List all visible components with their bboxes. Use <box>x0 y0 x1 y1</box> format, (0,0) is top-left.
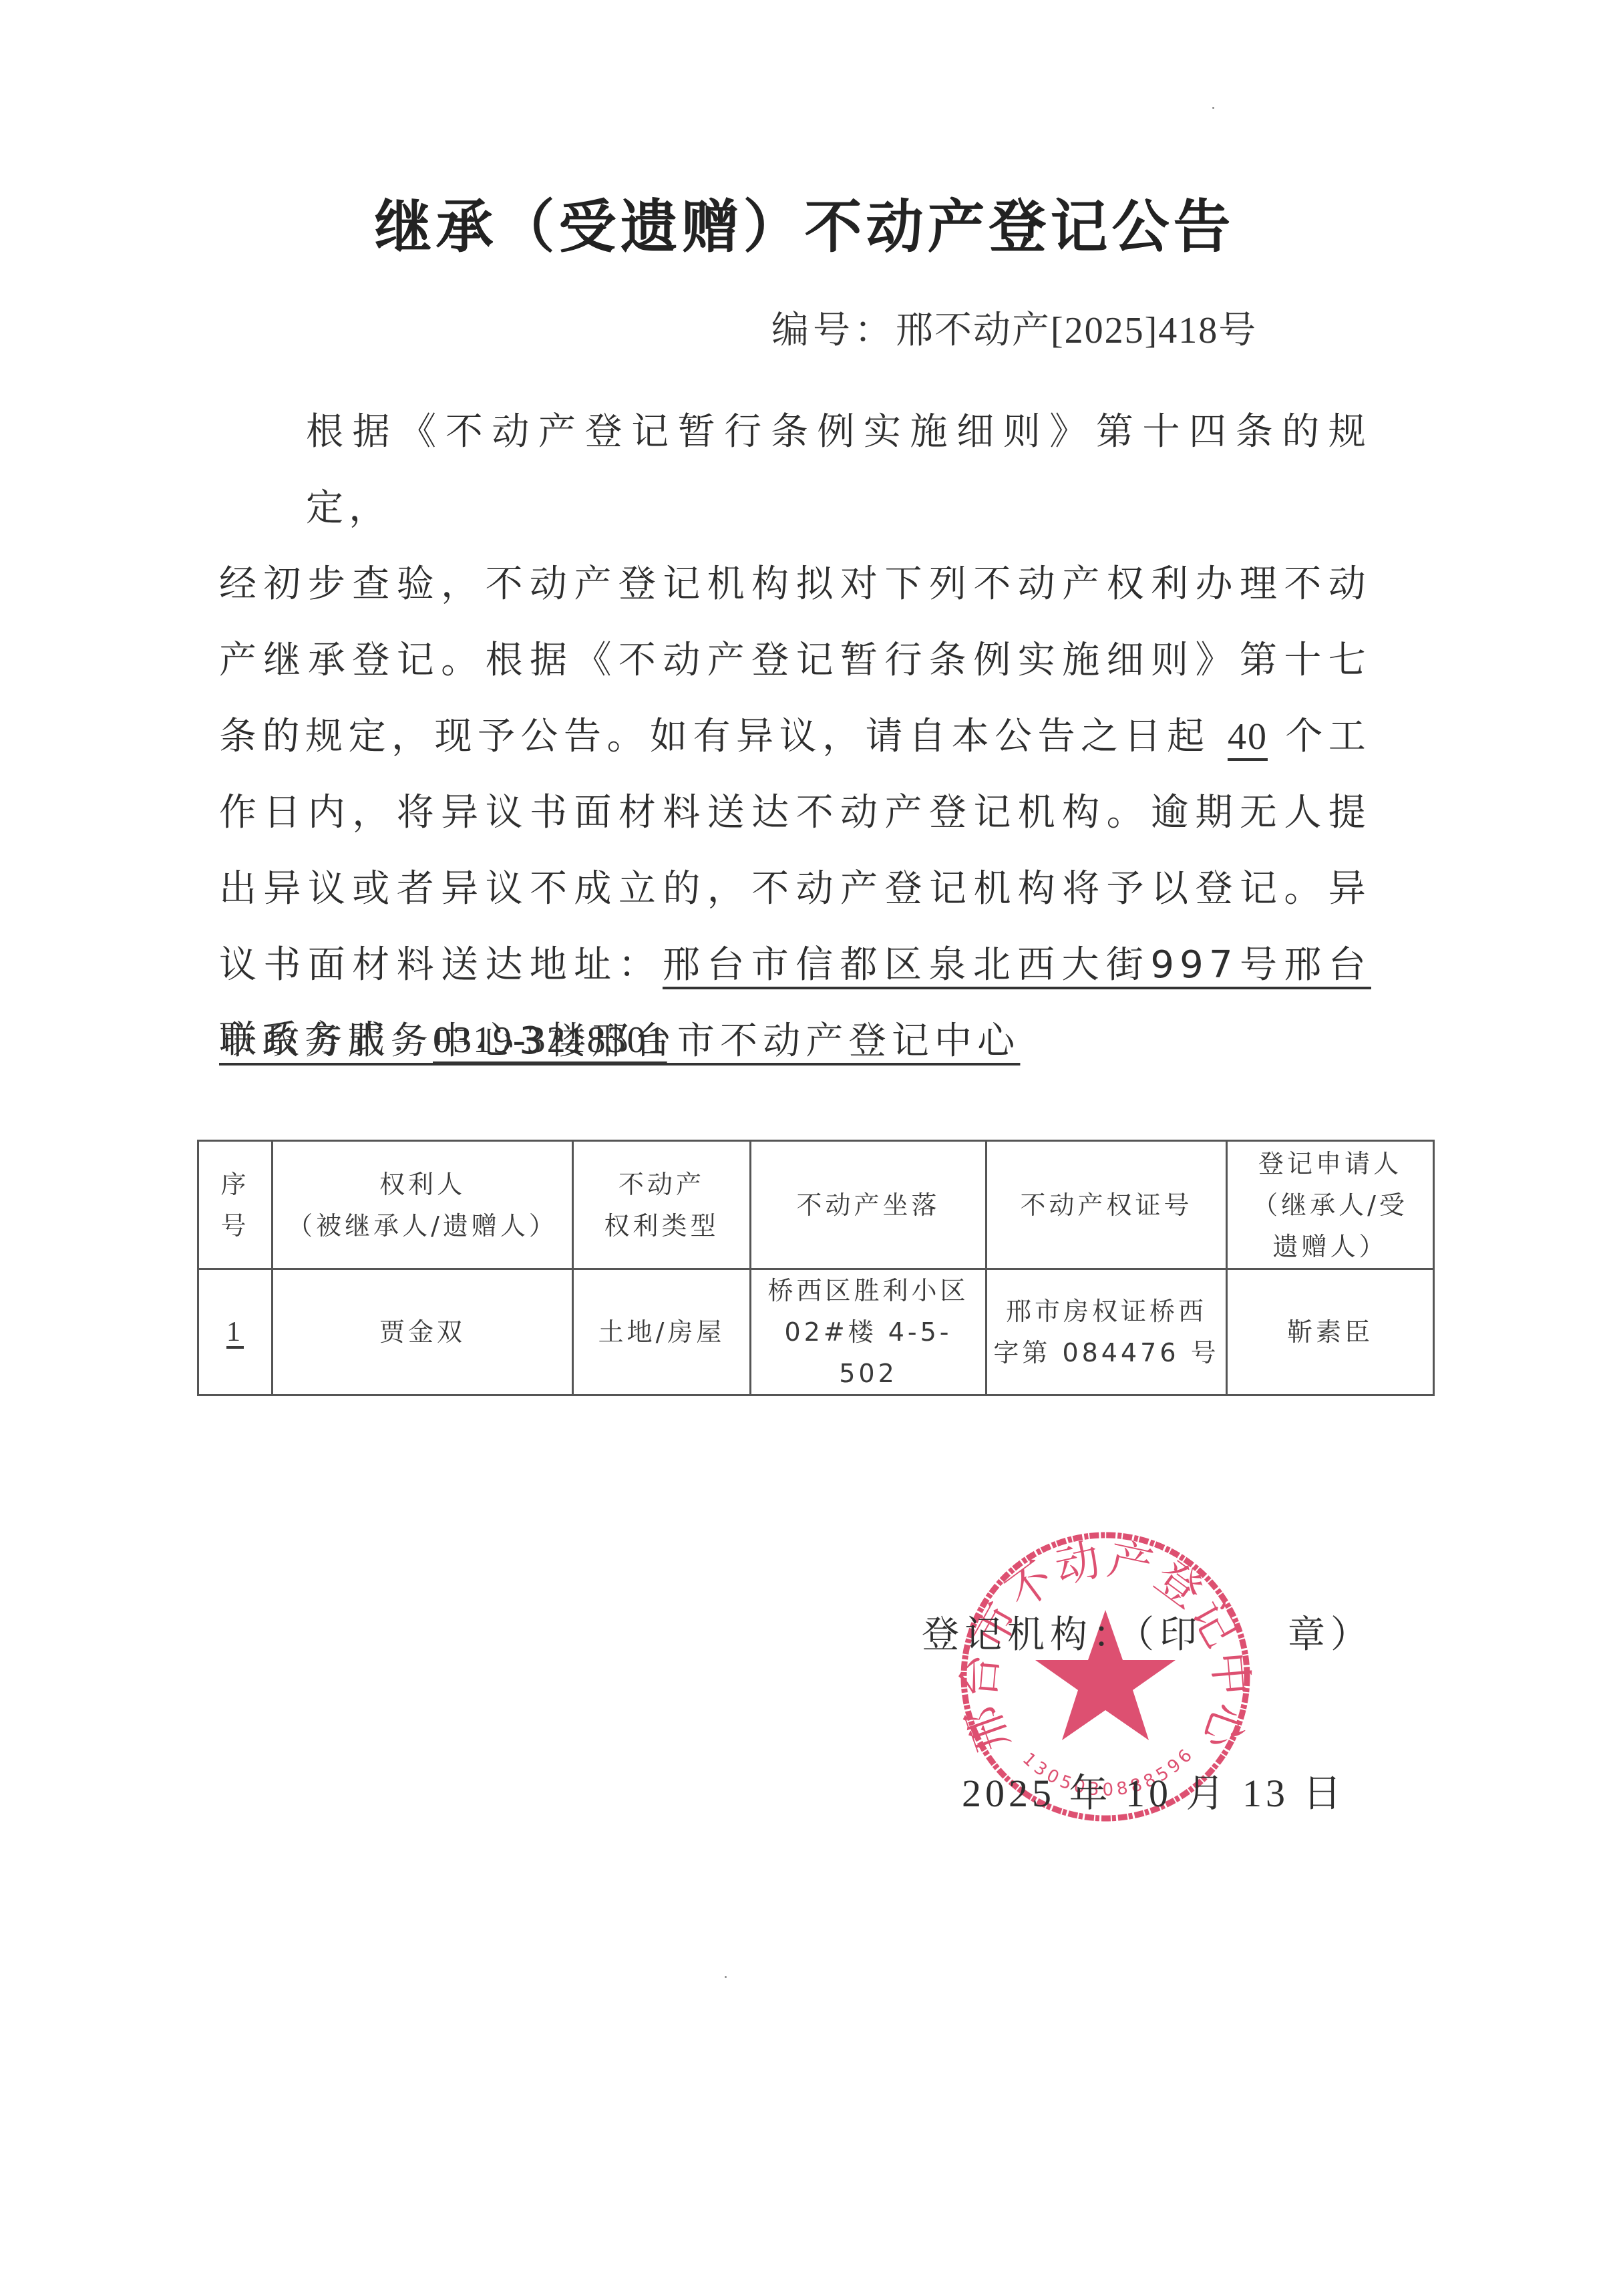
body-paragraph: 经初步查验，不动产登记机构拟对下列不动产权利办理不动产继承登记。根据《不动产登记… <box>219 546 1371 1080</box>
scan-speck <box>1212 107 1214 109</box>
header-seq: 序号 <box>198 1141 273 1269</box>
registration-authority-seal-label: 登记机构：（印 章） <box>922 1609 1373 1662</box>
body-first-line: 根据《不动产登记暂行条例实施细则》第十四条的规定， <box>219 394 1371 546</box>
cell-location: 桥西区胜利小区02#楼 4-5-502 <box>751 1269 987 1396</box>
cell-certificate: 邢市房权证桥西字第 084476 号 <box>987 1269 1227 1396</box>
header-right-type: 不动产权利类型 <box>573 1141 751 1269</box>
cell-right-type: 土地/房屋 <box>573 1269 751 1396</box>
contact-phone: 0319-3218301 <box>433 1019 667 1061</box>
document-number-value: 邢不动产[2025]418号 <box>896 310 1257 351</box>
header-right-holder: 权利人（被继承人/遗赠人） <box>273 1141 573 1269</box>
notice-body: 根据《不动产登记暂行条例实施细则》第十四条的规定， 经初步查验，不动产登记机构拟… <box>219 394 1371 1080</box>
table-row: 1 贾金双 土地/房屋 桥西区胜利小区02#楼 4-5-502 邢市房权证桥西字… <box>198 1269 1434 1396</box>
document-number: 编号：邢不动产[2025]418号 <box>771 304 1257 357</box>
registration-table: 序号 权利人（被继承人/遗赠人） 不动产权利类型 不动产坐落 不动产权证号 登记… <box>197 1140 1435 1396</box>
page-title: 继承（受遗赠）不动产登记公告 <box>0 190 1609 264</box>
objection-days: 40 <box>1228 716 1268 758</box>
notice-date: 2025 年 10 月 13 日 <box>962 1767 1346 1820</box>
document-number-label: 编号： <box>771 309 896 352</box>
header-applicant: 登记申请人（继承人/受遗赠人） <box>1227 1141 1434 1269</box>
table-header-row: 序号 权利人（被继承人/遗赠人） 不动产权利类型 不动产坐落 不动产权证号 登记… <box>198 1141 1434 1269</box>
scan-speck <box>725 1976 727 1978</box>
header-location: 不动产坐落 <box>751 1141 987 1269</box>
contact-info: 联系方式：0319-3218301 <box>219 1002 667 1078</box>
header-certificate: 不动产权证号 <box>987 1141 1227 1269</box>
cell-seq: 1 <box>198 1269 273 1396</box>
cell-applicant: 靳素臣 <box>1227 1269 1434 1396</box>
contact-label: 联系方式： <box>219 1018 433 1061</box>
cell-right-holder: 贾金双 <box>273 1269 573 1396</box>
body-main-text: 经初步查验，不动产登记机构拟对下列不动产权利办理不动产继承登记。根据《不动产登记… <box>219 562 1371 758</box>
